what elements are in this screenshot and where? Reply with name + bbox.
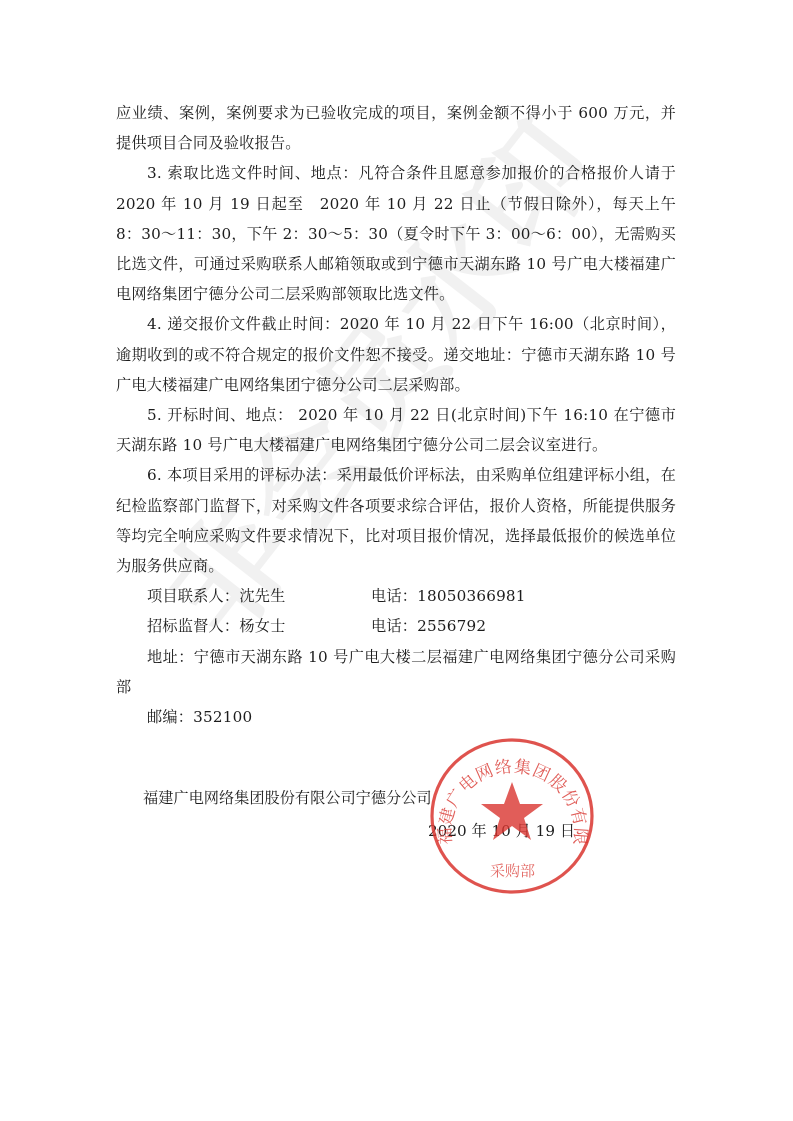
paragraph-submission-deadline: 4. 递交报价文件截止时间：2020 年 10 月 22 日下午 16:00（北…	[116, 309, 676, 400]
supervisor-contact-label: 招标监督人：杨女士	[147, 611, 371, 641]
document-body: 应业绩、案例，案例要求为已验收完成的项目，案例金额不得小于 600 万元，并提供…	[116, 98, 676, 732]
paragraph-document-acquisition: 3. 索取比选文件时间、地点：凡符合条件且愿意参加报价的合格报价人请于 2020…	[116, 158, 676, 309]
address-line: 地址：宁德市天湖东路 10 号广电大楼二层福建广电网络集团宁德分公司采购部	[116, 642, 676, 702]
paragraph-continuation: 应业绩、案例，案例要求为已验收完成的项目，案例金额不得小于 600 万元，并提供…	[116, 98, 676, 158]
stamp-ring-text: 福建广电网络集团股份有限公司宁德分公司	[424, 734, 590, 846]
project-contact-phone: 电话：18050366981	[371, 581, 526, 611]
official-seal-stamp: 福建广电网络集团股份有限公司宁德分公司 采购部	[424, 734, 596, 896]
star-icon	[481, 782, 543, 840]
paragraph-evaluation-method: 6. 本项目采用的评标办法：采用最低价评标法，由采购单位组建评标小组，在纪检监察…	[116, 460, 676, 581]
signature-company: 福建广电网络集团股份有限公司宁德分公司	[143, 787, 432, 808]
svg-text:福建广电网络集团股份有限公司宁德分公司: 福建广电网络集团股份有限公司宁德分公司	[424, 734, 590, 846]
supervisor-contact-phone: 电话：2556792	[371, 611, 486, 641]
paragraph-bid-opening: 5. 开标时间、地点： 2020 年 10 月 22 日(北京时间)下午 16:…	[116, 400, 676, 460]
contact-row-supervisor: 招标监督人：杨女士 电话：2556792	[116, 611, 676, 641]
project-contact-label: 项目联系人：沈先生	[147, 581, 371, 611]
postcode-line: 邮编：352100	[116, 702, 676, 732]
contact-row-project: 项目联系人：沈先生 电话：18050366981	[116, 581, 676, 611]
stamp-bottom-text: 采购部	[490, 862, 535, 880]
document-page: 非会员水印 应业绩、案例，案例要求为已验收完成的项目，案例金额不得小于 600 …	[0, 0, 793, 1121]
